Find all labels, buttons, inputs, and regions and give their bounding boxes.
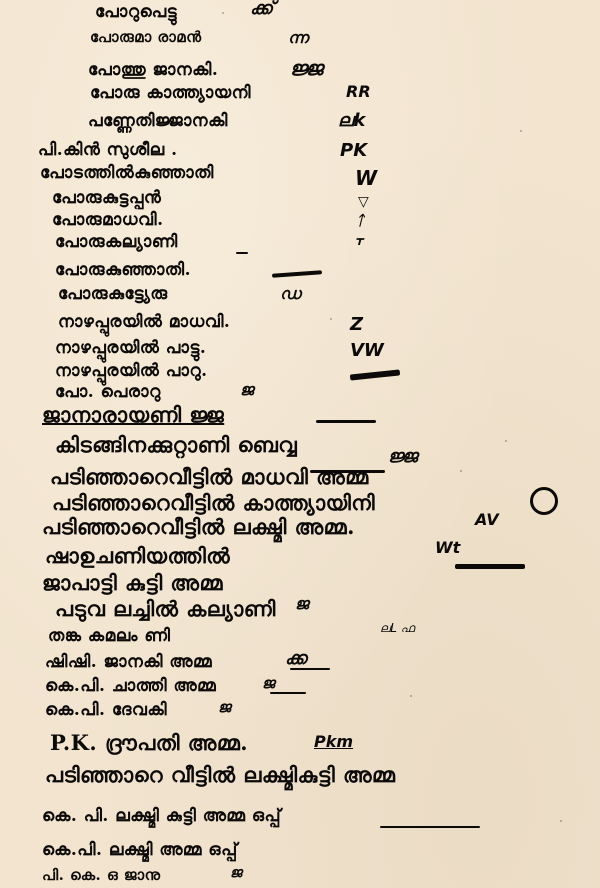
paper-speck	[330, 318, 332, 320]
entry-name: പോരുമാ രാമൻ	[90, 30, 202, 45]
entry-name: പോരുകുട്ടപ്പൻ	[52, 190, 161, 207]
entry-name: പണ്ണേതിജ്ജാനകി	[88, 113, 228, 130]
signature-scribble	[455, 564, 525, 569]
register-entry: P.K. ദ്രൗപതി അമ്മ.	[50, 732, 248, 753]
register-entry: പോറുപെട്ടു	[95, 4, 177, 21]
signature-mark: Pkm	[314, 734, 353, 750]
entry-name: കെ.പി. ദേവകി	[45, 702, 167, 719]
entry-name: പോറുപെട്ടു	[95, 4, 177, 21]
entry-name: കെ. പി. ലക്ഷ്മി കുട്ടി അമ്മ ഒപ്പ്	[42, 808, 281, 825]
signature-mark: ജ	[230, 866, 242, 880]
register-entry: പോരുമാധവി.	[52, 212, 164, 229]
register-entry: കെ.പി. ചാത്തി അമ്മ	[45, 678, 216, 695]
register-entry: കെ.പി. ദേവകി	[45, 702, 167, 719]
entry-name: തങ്ക കമലം ണി	[48, 628, 170, 645]
entry-name: പടിഞ്ഞാറെവീട്ടിൽ കാത്ത്യായിനി	[52, 492, 375, 513]
register-entry: പണ്ണേതിജ്ജാനകി	[88, 113, 228, 130]
signature-mark: Z	[350, 316, 363, 334]
signature-mark: ▽	[358, 195, 369, 209]
signature-mark: ജ	[295, 596, 308, 612]
entry-name: പടിഞ്ഞാറെവീട്ടിൽ മാധവി അമ്മ	[50, 466, 369, 487]
signature-mark: ന്ന	[288, 30, 308, 46]
signature-mark: ജ്ജ	[388, 448, 417, 466]
entry-name: നാഴപ്പുരയിൽ മാധവി.	[58, 314, 230, 331]
signature-mark: ലk	[338, 112, 365, 130]
paper-speck	[222, 12, 224, 14]
entry-name: പടിഞ്ഞാറെ വീട്ടിൽ ലക്ഷ്മികുട്ടി അമ്മ	[45, 764, 395, 785]
entry-name: പോരു കാത്ത്യായനി	[90, 85, 251, 102]
entry-name: കെ.പി. ചാത്തി അമ്മ	[45, 678, 216, 695]
register-entry: പടുവ ലച്ചിൽ കല്യാണി	[55, 598, 276, 619]
register-entry: പടിഞ്ഞാറെവീട്ടിൽ മാധവി അമ്മ	[50, 466, 369, 487]
register-entry: പി.കിൻ സുശീല .	[38, 142, 178, 159]
register-entry: പടിഞ്ഞാറെവീട്ടിൽ ലക്ഷ്മി അമ്മ.	[42, 516, 355, 537]
signature-mark: ജ്ജ	[290, 58, 323, 78]
signature-mark: ജ	[240, 382, 253, 398]
signature-scribble	[316, 420, 376, 423]
paper-speck	[505, 440, 507, 442]
register-entry: പോരു കാത്ത്യായനി	[90, 85, 251, 102]
register-entry: ജാനാരായണി ജ്ജ	[42, 404, 224, 425]
register-entry: നാഴപ്പുരയിൽ പാട്ടു.	[55, 340, 206, 357]
entry-name: പടിഞ്ഞാറെവീട്ടിൽ ലക്ഷ്മി അമ്മ.	[42, 516, 355, 537]
signature-mark: Wt	[435, 540, 460, 556]
entry-name: ജാപാട്ടി കുട്ടി അമ്മ	[42, 572, 223, 593]
manuscript-page: പോറുപെട്ടു ക്ക് പോരുമാ രാമൻ ന്ന പോത്തു ജ…	[0, 0, 600, 888]
entry-name: ഷിഷി. ജാനകി അമ്മ	[45, 654, 212, 671]
entry-name: പി.കിൻ സുശീല .	[38, 142, 178, 159]
register-entry: ഷാഉചണിയത്തിൽ	[45, 545, 230, 566]
register-entry: പടിഞ്ഞാറെവീട്ടിൽ കാത്ത്യായിനി	[52, 492, 375, 513]
register-entry: പി. കെ. ഒ ജാനു	[42, 868, 161, 883]
entry-name: ഷാഉചണിയത്തിൽ	[45, 545, 230, 566]
entry-name: പോത്തു ജാനകി.	[88, 62, 218, 79]
signature-mark: ക്ക	[285, 650, 307, 668]
register-entry: പോരുമാ രാമൻ	[90, 30, 202, 45]
register-entry: പോരുകുഞ്ഞാതി.	[55, 262, 191, 279]
entry-name: പി. കെ. ഒ ജാനു	[42, 868, 161, 883]
signature-mark: RR	[346, 84, 371, 100]
signature-mark: ലL ഫ	[380, 622, 414, 634]
dash-mark	[236, 252, 248, 254]
signature-mark: ക്ക്	[250, 0, 273, 18]
register-entry: പോരുകുട്ടപ്പൻ	[52, 190, 161, 207]
paper-speck	[410, 695, 412, 697]
register-entry: പോരുകുട്ട്യേരു	[58, 286, 168, 303]
register-entry: പോടത്തിൽകുഞ്ഞാതി	[40, 165, 214, 182]
register-entry: കെ. പി. ലക്ഷ്മി കുട്ടി അമ്മ ഒപ്പ്	[42, 808, 281, 825]
underline-stroke	[380, 826, 480, 828]
entry-name: നാഴപ്പുരയിൽ പാറു.	[55, 363, 208, 380]
entry-name: കെ.പി. ലക്ഷ്മി അമ്മ ഒപ്പ്	[42, 842, 238, 859]
paper-speck	[520, 130, 522, 132]
circled-mark	[530, 487, 558, 515]
entry-name: പോ. പെരാറു	[55, 384, 161, 401]
dash-mark	[290, 668, 330, 670]
entry-name: P.K. ദ്രൗപതി അമ്മ.	[50, 732, 248, 753]
register-entry: പടിഞ്ഞാറെ വീട്ടിൽ ലക്ഷ്മികുട്ടി അമ്മ	[45, 764, 395, 785]
register-entry: പോരുകല്യാണി	[55, 234, 178, 251]
register-entry: കെ.പി. ലക്ഷ്മി അമ്മ ഒപ്പ്	[42, 842, 238, 859]
paper-speck	[460, 470, 462, 472]
signature-mark: AV	[475, 512, 499, 528]
entry-name: കിടങ്ങിനക്കുറ്റാണി ബെവ്വ	[55, 434, 297, 455]
signature-mark: VW	[350, 342, 384, 360]
entry-name: നാഴപ്പുരയിൽ പാട്ടു.	[55, 340, 206, 357]
register-entry: പോ. പെരാറു	[55, 384, 161, 401]
register-entry: ജാപാട്ടി കുട്ടി അമ്മ	[42, 572, 223, 593]
signature-mark: PK	[340, 142, 367, 160]
signature-mark: ᚁ	[356, 232, 363, 246]
entry-name: പോരുകുഞ്ഞാതി.	[55, 262, 191, 279]
signature-scribble	[350, 369, 400, 380]
register-entry: നാഴപ്പുരയിൽ പാറു.	[55, 363, 208, 380]
signature-mark: W	[355, 168, 377, 188]
dash-mark	[270, 692, 306, 694]
signature-mark: ᛏ	[356, 214, 364, 228]
entry-name: പോരുകല്യാണി	[55, 234, 178, 251]
register-entry: നാഴപ്പുരയിൽ മാധവി.	[58, 314, 230, 331]
register-entry: കിടങ്ങിനക്കുറ്റാണി ബെവ്വ	[55, 434, 297, 455]
signature-mark: ജ	[262, 676, 275, 691]
entry-name: പോരുമാധവി.	[52, 212, 164, 229]
entry-name: പടുവ ലച്ചിൽ കല്യാണി	[55, 598, 276, 619]
signature-mark: ഡ	[280, 286, 301, 302]
register-entry: പോത്തു ജാനകി.	[88, 62, 218, 79]
register-entry: തങ്ക കമലം ണി	[48, 628, 170, 645]
paper-speck	[560, 820, 562, 822]
entry-name: പോടത്തിൽകുഞ്ഞാതി	[40, 165, 214, 182]
entry-name: ജാനാരായണി ജ്ജ	[42, 404, 224, 425]
register-entry: ഷിഷി. ജാനകി അമ്മ	[45, 654, 212, 671]
signature-mark: ജ	[218, 700, 231, 715]
signature-scribble	[272, 270, 322, 277]
entry-name: പോരുകുട്ട്യേരു	[58, 286, 168, 303]
